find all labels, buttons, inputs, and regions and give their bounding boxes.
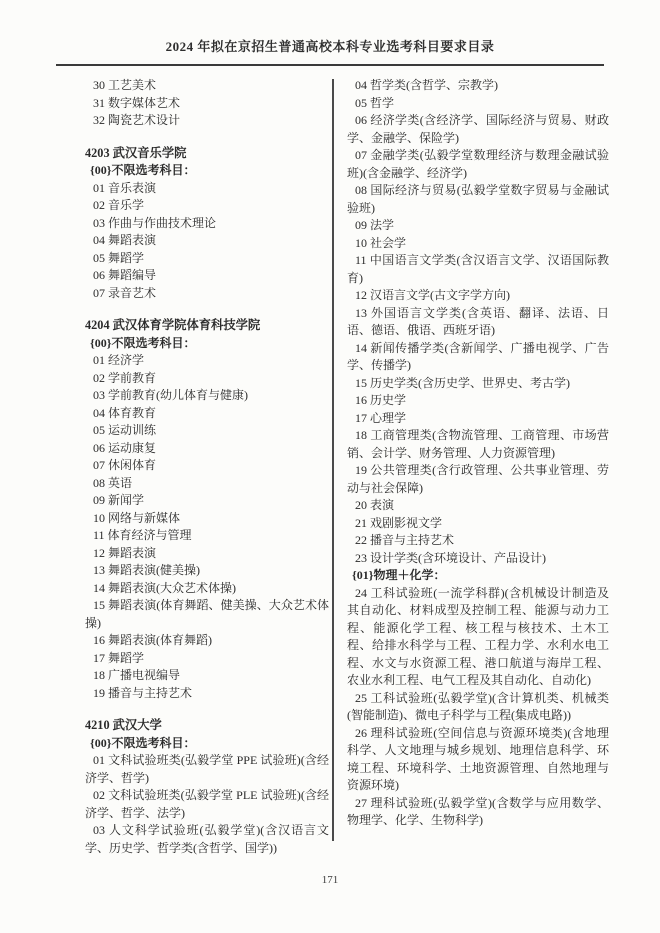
major-item: 16 舞蹈表演(体育舞蹈)	[85, 632, 329, 650]
page-number: 171	[0, 874, 660, 886]
major-item: 17 心理学	[347, 410, 609, 428]
left-column: 30 工艺美术31 数字媒体艺术32 陶瓷艺术设计4203 武汉音乐学院{00}…	[85, 77, 329, 857]
major-item: 05 哲学	[347, 95, 609, 113]
major-item: 14 新闻传播学类(含新闻学、广播电视学、广告学、传播学)	[347, 340, 609, 375]
major-item: 17 舞蹈学	[85, 650, 329, 668]
major-item: 05 舞蹈学	[85, 250, 329, 268]
right-column: 04 哲学类(含哲学、宗教学)05 哲学06 经济学类(含经济学、国际经济与贸易…	[347, 77, 609, 857]
major-item: 08 国际经济与贸易(弘毅学堂数字贸易与金融试验班)	[347, 182, 609, 217]
major-item: 07 金融学类(弘毅学堂数理经济与数理金融试验班)(含金融学、经济学)	[347, 147, 609, 182]
major-item: 02 音乐学	[85, 197, 329, 215]
major-item: 13 外国语言文学类(含英语、翻译、法语、日语、德语、俄语、西班牙语)	[347, 305, 609, 340]
major-item: 25 工科试验班(弘毅学堂)(含计算机类、机械类(智能制造)、微电子科学与工程(…	[347, 690, 609, 725]
school-heading: 4203 武汉音乐学院	[85, 145, 329, 163]
major-item: 11 体育经济与管理	[85, 527, 329, 545]
major-item: 03 人文科学试验班(弘毅学堂)(含汉语言文学、历史学、哲学类(含哲学、国学))	[85, 822, 329, 857]
school-heading: 4204 武汉体育学院体育科技学院	[85, 317, 329, 335]
requirement-heading: {00}不限选考科目：	[85, 335, 329, 353]
major-item: 15 历史学类(含历史学、世界史、考古学)	[347, 375, 609, 393]
requirement-heading: {00}不限选考科目：	[85, 162, 329, 180]
major-item: 18 工商管理类(含物流管理、工商管理、市场营销、会计学、财务管理、人力资源管理…	[347, 427, 609, 462]
major-item: 27 理科试验班(弘毅学堂)(含数学与应用数学、物理学、化学、生物科学)	[347, 795, 609, 830]
major-item: 03 学前教育(幼儿体育与健康)	[85, 387, 329, 405]
major-item: 12 汉语言文学(古文字学方向)	[347, 287, 609, 305]
major-item: 12 舞蹈表演	[85, 545, 329, 563]
major-item: 09 法学	[347, 217, 609, 235]
major-item: 07 休闲体育	[85, 457, 329, 475]
major-item: 03 作曲与作曲技术理论	[85, 215, 329, 233]
major-item: 04 哲学类(含哲学、宗教学)	[347, 77, 609, 95]
major-item: 16 历史学	[347, 392, 609, 410]
major-item: 19 公共管理类(含行政管理、公共事业管理、劳动与社会保障)	[347, 462, 609, 497]
major-item: 10 社会学	[347, 235, 609, 253]
major-item: 04 舞蹈表演	[85, 232, 329, 250]
major-item: 13 舞蹈表演(健美操)	[85, 562, 329, 580]
major-item: 02 文科试验班类(弘毅学堂 PLE 试验班)(含经济学、哲学、法学)	[85, 787, 329, 822]
two-column-body: 30 工艺美术31 数字媒体艺术32 陶瓷艺术设计4203 武汉音乐学院{00}…	[85, 77, 660, 857]
major-item: 21 戏剧影视文学	[347, 515, 609, 533]
major-item: 11 中国语言文学类(含汉语言文学、汉语国际教育)	[347, 252, 609, 287]
major-item: 22 播音与主持艺术	[347, 532, 609, 550]
major-item: 01 音乐表演	[85, 180, 329, 198]
document-header: 2024 年拟在京招生普通高校本科专业选考科目要求目录	[0, 0, 660, 66]
major-item: 06 经济学类(含经济学、国际经济与贸易、财政学、金融学、保险学)	[347, 112, 609, 147]
major-item: 30 工艺美术	[85, 77, 329, 95]
section-gap	[85, 302, 329, 317]
major-item: 26 理科试验班(空间信息与资源环境类)(含地理科学、人文地理与城乡规划、地理信…	[347, 725, 609, 795]
requirement-heading: {01}物理＋化学：	[347, 567, 609, 585]
major-item: 07 录音艺术	[85, 285, 329, 303]
major-item: 01 文科试验班类(弘毅学堂 PPE 试验班)(含经济学、哲学)	[85, 752, 329, 787]
major-item: 08 英语	[85, 475, 329, 493]
school-heading: 4210 武汉大学	[85, 717, 329, 735]
section-gap	[85, 130, 329, 145]
requirement-heading: {00}不限选考科目：	[85, 735, 329, 753]
major-item: 20 表演	[347, 497, 609, 515]
section-gap	[85, 702, 329, 717]
major-item: 05 运动训练	[85, 422, 329, 440]
major-item: 06 舞蹈编导	[85, 267, 329, 285]
column-divider-rule	[332, 79, 334, 841]
major-item: 01 经济学	[85, 352, 329, 370]
major-item: 23 设计学类(含环境设计、产品设计)	[347, 550, 609, 568]
major-item: 31 数字媒体艺术	[85, 95, 329, 113]
major-item: 06 运动康复	[85, 440, 329, 458]
page-title: 2024 年拟在京招生普通高校本科专业选考科目要求目录	[0, 38, 660, 56]
major-item: 02 学前教育	[85, 370, 329, 388]
major-item: 14 舞蹈表演(大众艺术体操)	[85, 580, 329, 598]
major-item: 10 网络与新媒体	[85, 510, 329, 528]
document-page: 2024 年拟在京招生普通高校本科专业选考科目要求目录 30 工艺美术31 数字…	[0, 0, 660, 933]
major-item: 18 广播电视编导	[85, 667, 329, 685]
major-item: 24 工科试验班(一流学科群)(含机械设计制造及其自动化、材料成型及控制工程、能…	[347, 585, 609, 690]
major-item: 04 体育教育	[85, 405, 329, 423]
title-divider-rule	[56, 64, 604, 66]
major-item: 32 陶瓷艺术设计	[85, 112, 329, 130]
major-item: 09 新闻学	[85, 492, 329, 510]
major-item: 19 播音与主持艺术	[85, 685, 329, 703]
major-item: 15 舞蹈表演(体育舞蹈、健美操、大众艺术体操)	[85, 597, 329, 632]
